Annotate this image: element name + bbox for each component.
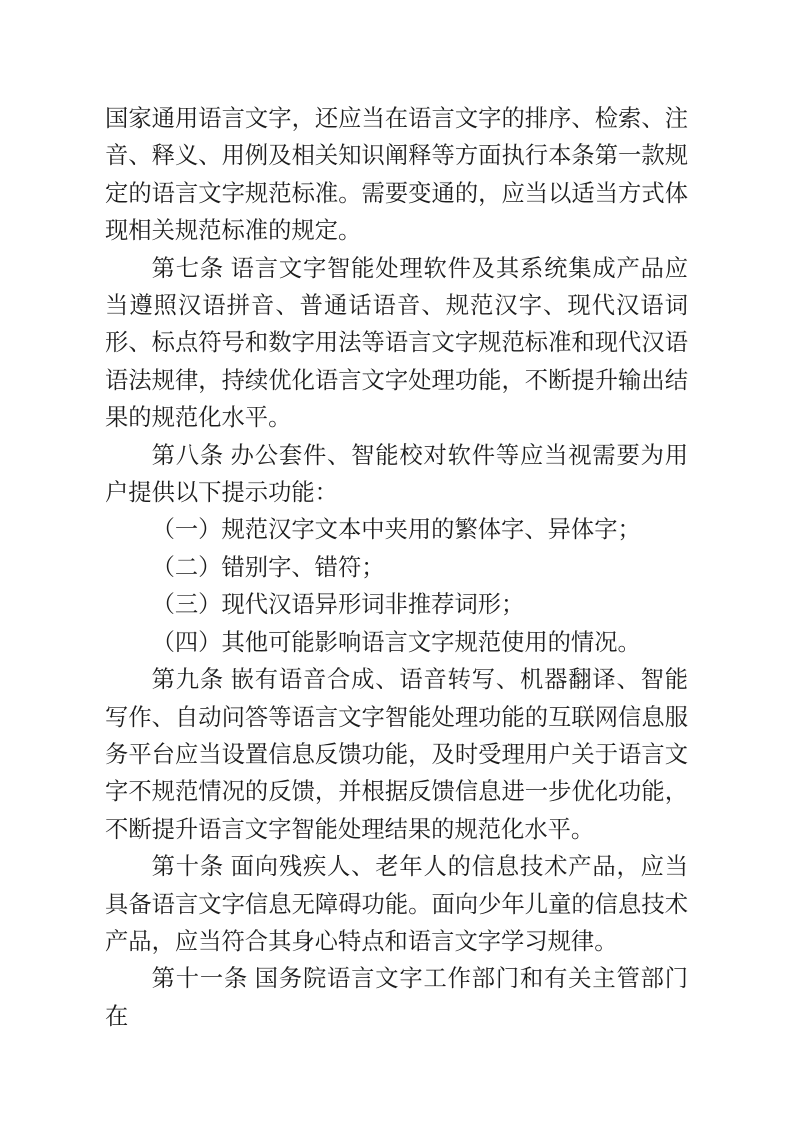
paragraph-article-9: 第九条 嵌有语音合成、语音转写、机器翻译、智能写作、自动问答等语言文字智能处理功…	[105, 662, 688, 849]
paragraph-article-8: 第八条 办公套件、智能校对软件等应当视需要为用户提供以下提示功能：	[105, 438, 688, 513]
list-item-2: （二）错别字、错符；	[105, 550, 688, 587]
list-item-4: （四）其他可能影响语言文字规范使用的情况。	[105, 625, 688, 662]
paragraph-article-10: 第十条 面向残疾人、老年人的信息技术产品，应当具备语言文字信息无障碍功能。面向少…	[105, 849, 688, 961]
paragraph-continuation: 国家通用语言文字，还应当在语言文字的排序、检索、注音、释义、用例及相关知识阐释等…	[105, 101, 688, 251]
document-text-block: 国家通用语言文字，还应当在语言文字的排序、检索、注音、释义、用例及相关知识阐释等…	[105, 101, 688, 1036]
document-page: 国家通用语言文字，还应当在语言文字的排序、检索、注音、释义、用例及相关知识阐释等…	[0, 0, 793, 1122]
list-item-1: （一）规范汉字文本中夹用的繁体字、异体字；	[105, 512, 688, 549]
paragraph-article-11: 第十一条 国务院语言文字工作部门和有关主管部门在	[105, 961, 688, 1036]
paragraph-article-7: 第七条 语言文字智能处理软件及其系统集成产品应当遵照汉语拼音、普通话语音、规范汉…	[105, 251, 688, 438]
list-item-3: （三）现代汉语异形词非推荐词形；	[105, 587, 688, 624]
